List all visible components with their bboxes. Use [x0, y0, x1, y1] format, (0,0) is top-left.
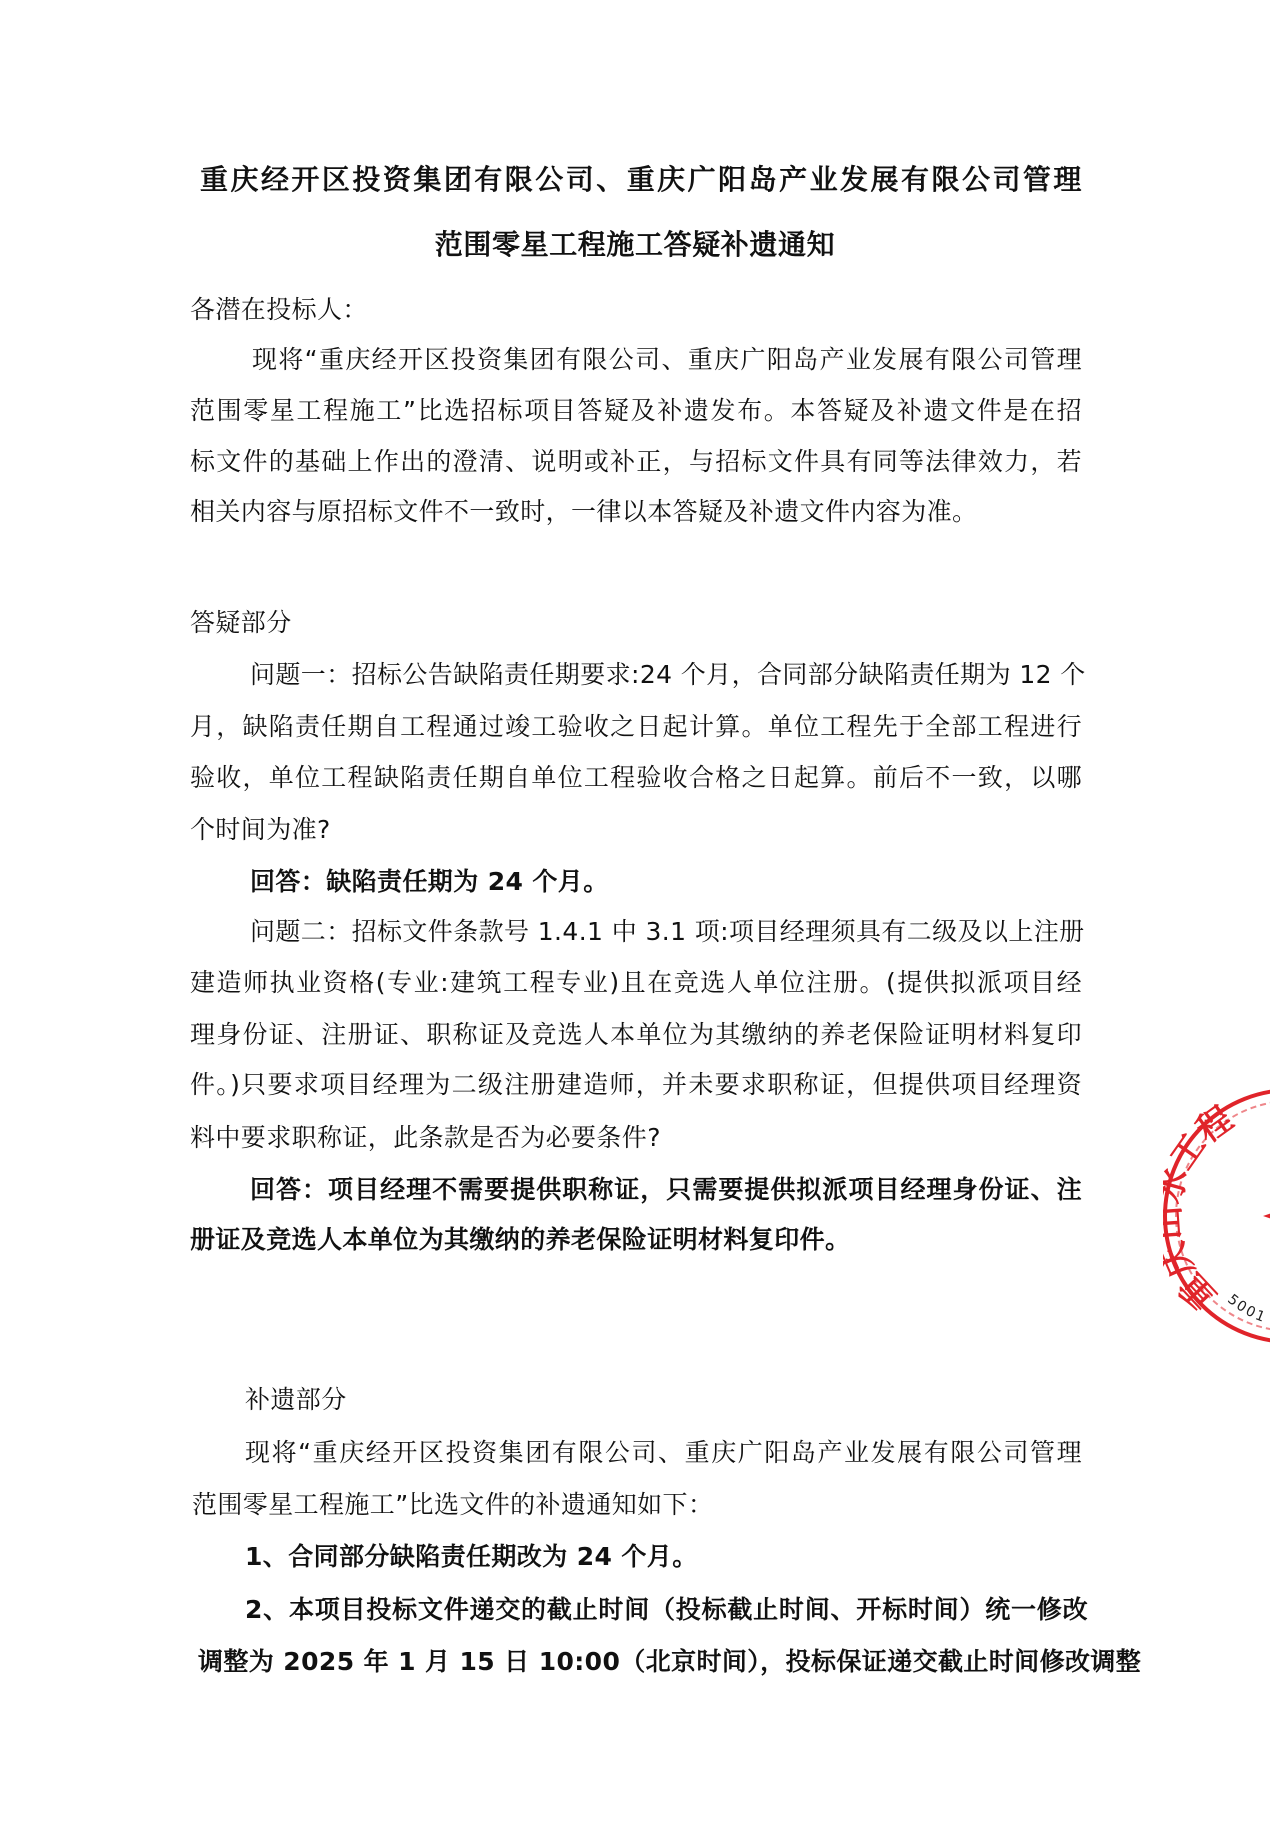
supplement-intro-line: 范围零星工程施工”比选文件的补遗通知如下：	[192, 1490, 713, 1520]
question-1-line: 验收，单位工程缺陷责任期自单位工程验收合格之日起算。前后不一致，以哪	[190, 763, 1082, 793]
company-seal: 重庆山水工程 5001	[1163, 1088, 1270, 1344]
seal-number-text: 5001	[1224, 1291, 1269, 1326]
question-2-line: 建造师执业资格(专业:建筑工程专业)且在竞选人单位注册。(提供拟派项目经	[190, 968, 1082, 998]
svg-text:重庆山水工程: 重庆山水工程	[1163, 1099, 1240, 1317]
question-1-line: 个时间为准?	[190, 815, 331, 845]
seal-text-arc: 重庆山水工程 5001	[1163, 1088, 1270, 1344]
question-2-line: 件。)只要求项目经理为二级注册建造师，并未要求职称证，但提供项目经理资	[190, 1070, 1082, 1100]
salutation: 各潜在投标人：	[190, 295, 368, 325]
question-2-line: 理身份证、注册证、职称证及竞选人本单位为其缴纳的养老保险证明材料复印	[190, 1020, 1082, 1050]
intro-line: 相关内容与原招标文件不一致时，一律以本答疑及补遗文件内容为准。	[190, 497, 977, 527]
document-title-line1: 重庆经开区投资集团有限公司、重庆广阳岛产业发展有限公司管理	[200, 163, 1082, 197]
supplement-item-2-line: 2、本项目投标文件递交的截止时间（投标截止时间、开标时间）统一修改	[245, 1595, 1088, 1625]
supplement-item-1: 1、合同部分缺陷责任期改为 24 个月。	[245, 1542, 698, 1572]
intro-line: 现将“重庆经开区投资集团有限公司、重庆广阳岛产业发展有限公司管理	[252, 345, 1082, 375]
question-2-line: 料中要求职称证，此条款是否为必要条件?	[190, 1123, 661, 1153]
document-title-line2: 范围零星工程施工答疑补遗通知	[0, 228, 1270, 262]
answer-2-line: 回答：项目经理不需要提供职称证，只需要提供拟派项目经理身份证、注	[250, 1175, 1082, 1205]
supplement-item-2-line: 调整为 2025 年 1 月 15 日 10:00（北京时间），投标保证递交截止…	[198, 1647, 1088, 1677]
seal-name-text: 重庆山水工程	[1163, 1099, 1240, 1317]
question-2-line: 问题二：招标文件条款号 1.4.1 中 3.1 项:项目经理须具有二级及以上注册	[250, 917, 1082, 947]
star-icon	[1263, 1206, 1270, 1226]
answer-1: 回答：缺陷责任期为 24 个月。	[250, 867, 609, 897]
question-1-line: 月，缺陷责任期自工程通过竣工验收之日起计算。单位工程先于全部工程进行	[190, 712, 1082, 742]
intro-line: 标文件的基础上作出的澄清、说明或补正，与招标文件具有同等法律效力，若	[190, 447, 1082, 477]
question-1-line: 问题一：招标公告缺陷责任期要求:24 个月，合同部分缺陷责任期为 12 个	[250, 660, 1082, 690]
qa-section-heading: 答疑部分	[190, 608, 292, 638]
answer-2-line: 册证及竞选人本单位为其缴纳的养老保险证明材料复印件。	[190, 1225, 850, 1255]
supplement-intro-line: 现将“重庆经开区投资集团有限公司、重庆广阳岛产业发展有限公司管理	[245, 1438, 1082, 1468]
supplement-section-heading: 补遗部分	[245, 1385, 347, 1415]
intro-line: 范围零星工程施工”比选招标项目答疑及补遗发布。本答疑及补遗文件是在招	[190, 396, 1082, 426]
svg-text:5001: 5001	[1224, 1291, 1269, 1326]
document-page: 重庆经开区投资集团有限公司、重庆广阳岛产业发展有限公司管理 范围零星工程施工答疑…	[0, 0, 1270, 1836]
